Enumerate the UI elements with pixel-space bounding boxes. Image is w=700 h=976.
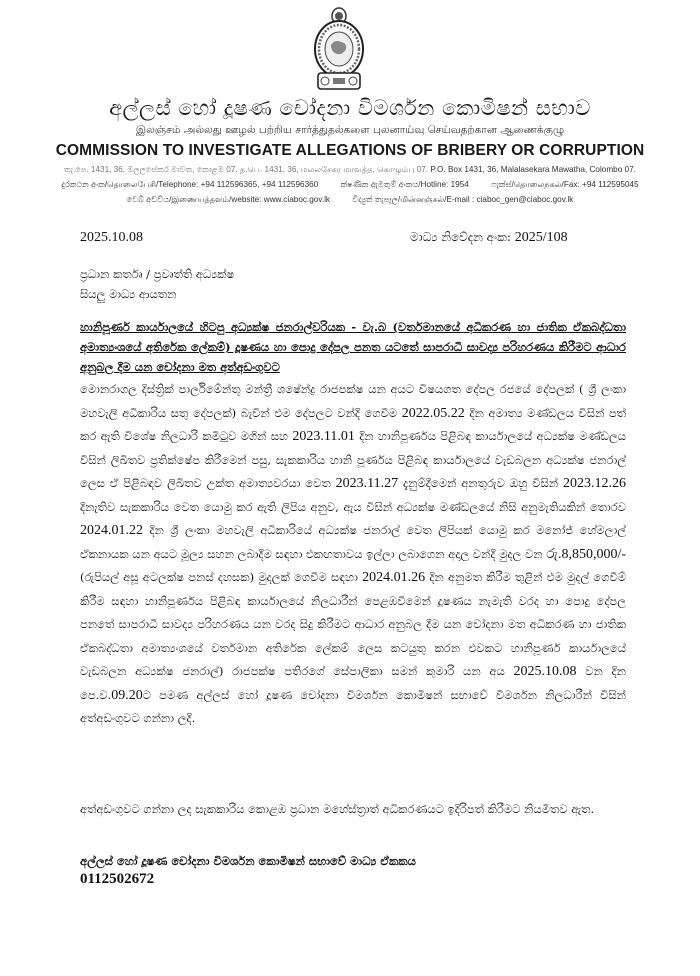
national-emblem-icon	[309, 5, 369, 92]
body-text: (රුපියල් අසූ අටලක්ෂ පනස් දහසක) මුදලක් ගෙ…	[80, 570, 358, 584]
address-tamil: த.பெ. 1431, 36, மலலசேகர மாவத்த, கொழும்பு…	[240, 165, 428, 174]
signoff-block: අල්ලස් හෝ දූෂණ චෝදනා විමර්ශන කොමිෂන් සභා…	[80, 852, 416, 888]
telephone-label: දුරකථන අංක/தொலைபேசி/Telephone:	[61, 180, 198, 189]
release-date: 2025.10.08	[80, 230, 143, 246]
email-link[interactable]: ciaboc_gen@ciaboc.gov.lk	[476, 195, 573, 204]
commission-title-tamil: இலஞ்சம் அல்லது ஊழல் பற்றிய சார்த்துதல்கள…	[0, 124, 700, 137]
commission-title-sinhala: අල්ලස් හෝ දූෂණ චෝදනා විමර්ශන කොමිෂන් සභා…	[0, 96, 700, 121]
media-unit-phone: 0112502672	[80, 870, 416, 888]
address-line: තැ.පෙ. 1431, 36, මලලසේකර මාවත, කොළඹ 07. …	[40, 165, 660, 176]
addressee-line-2: සියලු මාධ්‍ය ආයතන	[80, 284, 234, 304]
contact-line: දුරකථන අංක/தொலைபேசி/Telephone: +94 11259…	[40, 180, 660, 191]
media-unit-name: අල්ලස් හෝ දූෂණ චෝදනා විමර්ශන කොමිෂන් සභා…	[80, 852, 416, 870]
hotline-label: ක්ෂණික ඇමතුම් අංකය/Hotline:	[341, 180, 449, 189]
address-english: P.O. Box 1431, 36, Malalasekara Mawatha,…	[430, 165, 636, 174]
release-number-label: මාධ්‍ය නිවේදන අංක:	[410, 230, 511, 244]
hotline-value: 1954	[451, 180, 469, 189]
date-value: 2025.10.08	[513, 664, 576, 679]
body-paragraph-2: අත්අඩංගුවට ගන්නා ලද සැකකාරිය කොළඹ ප්‍රධා…	[80, 798, 626, 822]
date-value: 2022.05.22	[402, 406, 465, 421]
email-label: විද්‍යුත් තැපෑල/மின்னஞ்சல்/E-mail :	[352, 195, 474, 204]
body-paragraph-1: මොනරාගල දිස්ත්‍රික් පාර්ලිමේන්තු මන්ත්‍ර…	[80, 378, 626, 731]
body-text: දිනැතිව සැකකාරිය වෙත යොමු කර ඇති ලිපිය අ…	[80, 500, 626, 514]
body-text: දින අනුමත කිරීම තුළින් එම මුදල් ගෙවීම් ක…	[80, 570, 626, 678]
date-value: 2024.01.22	[80, 523, 143, 538]
addressee-block: ප්‍රධාන කර්තෘ / ප්‍රවෘත්ති අධ්‍යක්ෂ සියල…	[80, 264, 234, 304]
time-value: 09.20	[111, 688, 143, 703]
web-line: වෙබ් අඩවිය/இணையத்தளம்/website: www.ciabo…	[40, 195, 660, 206]
body-text: දින ශ්‍රී ලංකා මහවැලි අධිකාරියේ අධ්‍යක්ෂ…	[80, 523, 626, 561]
commission-title-english: COMMISSION TO INVESTIGATE ALLEGATIONS OF…	[0, 142, 700, 160]
release-number-block: මාධ්‍ය නිවේදන අංක: 2025/108	[410, 230, 568, 246]
press-release-heading: හානිපූර්ණ කාර්යාලයේ හිටපු අධ්‍යක්ෂ ජනරාල…	[80, 317, 626, 377]
body-text: ට පමණ අල්ලස් හෝ දූෂණ චෝදනා විමර්ශන කොමිෂ…	[80, 688, 626, 726]
fax-label: ෆැක්ස්/தொலைநகல்/Fax:	[491, 180, 580, 189]
release-number: 2025/108	[515, 230, 568, 245]
date-value: 2024.01.26	[362, 570, 425, 585]
telephone-value: +94 112596365, +94 112596360	[201, 180, 319, 189]
date-value: 2023.11.01	[292, 429, 354, 444]
website-label: වෙබ් අඩවිය/இணையத்தளம்/website:	[127, 195, 262, 204]
amount-value: රු.8,850,000/-	[546, 547, 626, 562]
website-link[interactable]: www.ciaboc.gov.lk	[264, 195, 330, 204]
fax-value: +94 112595045	[582, 180, 639, 189]
addressee-line-1: ප්‍රධාන කර්තෘ / ප්‍රවෘත්ති අධ්‍යක්ෂ	[80, 264, 234, 284]
date-value: 2023.11.27	[336, 476, 398, 491]
date-value: 2023.12.26	[563, 476, 626, 491]
body-text: දැනුම්දීමෙන් අනතුරුව ඔහු විසින්	[403, 476, 558, 490]
address-sinhala: තැ.පෙ. 1431, 36, මලලසේකර මාවත, කොළඹ 07.	[64, 165, 238, 174]
